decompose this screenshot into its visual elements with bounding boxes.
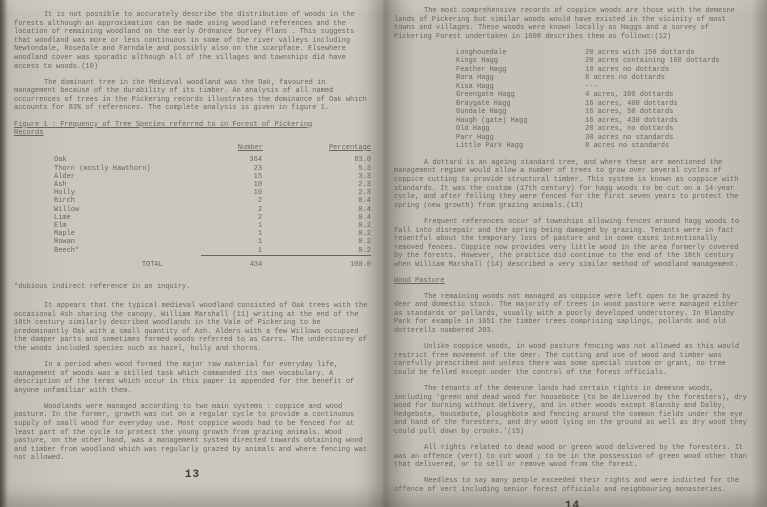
table-row: Beech* 1 0.2 — [54, 247, 371, 256]
table-row: Willow 2 0.4 — [54, 206, 371, 214]
table-row: Lime 2 0.4 — [54, 214, 371, 222]
list-item: Old Hagg 20 acres, no dottards — [456, 125, 751, 134]
table-row: Alder 15 3.3 — [54, 173, 371, 181]
paragraph-wood-raw-material: In a period when wood formed the major r… — [14, 361, 371, 395]
list-item: Braygate Hagg 16 acres, 400 dottards — [456, 100, 751, 109]
table-row: Oak 364 83.0 — [54, 156, 371, 164]
column-header-percentage: Percentage — [263, 144, 371, 153]
page-number-13: 13 — [14, 471, 371, 480]
table-row: Elm 1 0.2 — [54, 222, 371, 230]
paragraph-dottard-definition: A dottard is an ageing standard tree, an… — [394, 159, 751, 211]
list-item: Parr Hagg 30 acres no standards — [456, 134, 751, 143]
list-item: Greengate Hagg 4 acres, 100 dottards — [456, 91, 751, 100]
column-header-number: Number — [202, 144, 263, 153]
total-number: 434 — [201, 261, 262, 270]
table-row: Maple 1 0.2 — [54, 230, 371, 238]
total-percentage: 100.0 — [262, 261, 371, 270]
page-number-14: 14 — [394, 502, 751, 507]
paragraph-coppice-records: The most comprehensive records of coppic… — [394, 7, 751, 41]
wood-pasture-heading: Wood Pasture — [394, 277, 751, 286]
list-item: Little Park Hagg 8 acres no standards — [456, 142, 751, 151]
table-row: Holly 10 2.3 — [54, 189, 371, 197]
figure-1-caption: Figure 1 : Frequency of Tree Species ref… — [14, 121, 344, 138]
paragraph-dominant-oak: The dominant tree in the Medieval woodla… — [14, 79, 371, 113]
list-item: Rora Hagg 8 acres no dottards — [456, 74, 751, 83]
paragraph-two-systems: Woodlands were managed according to two … — [14, 403, 371, 463]
list-item: Feather Hagg 10 acres no dottards — [456, 66, 751, 75]
list-item: Longhouedale 20 acres with 150 dottards — [456, 49, 751, 58]
table-total-row: TOTAL 434 100.0 — [54, 261, 371, 270]
table-footnote: *dubious indirect reference in an inquir… — [14, 283, 371, 292]
table-header-row: Number Percentage — [54, 144, 371, 153]
paragraph-fences-disrepair: Frequent references occur of townships a… — [394, 218, 751, 270]
paragraph-all-rights: All rights related to dead wood or green… — [394, 444, 751, 470]
paragraph-remaining-woods: The remaining woods not managed as coppi… — [394, 293, 751, 336]
table-row: Rowan 1 0.2 — [54, 238, 371, 246]
list-item: Haugh (gate) Hagg 16 acres, 430 dottards — [456, 117, 751, 126]
page-14: The most comprehensive records of coppic… — [384, 0, 767, 507]
table-row: Birch 2 0.4 — [54, 197, 371, 205]
haggs-list: Longhouedale 20 acres with 150 dottards … — [456, 49, 751, 151]
list-item: Kisa Hagg --- — [456, 83, 751, 92]
book-spread: It is not possible to accurately describ… — [0, 0, 767, 507]
table-row: Thorn (mostly Hawthorn) 23 5.3 — [54, 165, 371, 173]
list-item: Kings Hagg 20 acres containing 160 dotta… — [456, 57, 751, 66]
list-item: Gundale Hagg 16 acres, 50 dottards — [456, 108, 751, 117]
paragraph-typical-woodland: It appears that the typical medieval woo… — [14, 302, 371, 354]
paragraph-woodland-distribution: It is not possible to accurately describ… — [14, 11, 371, 71]
paragraph-tenant-rights: The tenants of the demesne lands had cer… — [394, 385, 751, 437]
paragraph-no-fencing: Unlike coppice woods, in wood pasture fe… — [394, 343, 751, 377]
table-row: Ash 10 2.3 — [54, 181, 371, 189]
page-13: It is not possible to accurately describ… — [0, 0, 383, 507]
paragraph-exceeded-rights: Needless to say many people exceeded the… — [394, 477, 751, 494]
total-label: TOTAL — [54, 261, 201, 270]
tree-species-table: Number Percentage Oak 364 83.0 Thorn (mo… — [54, 144, 371, 270]
